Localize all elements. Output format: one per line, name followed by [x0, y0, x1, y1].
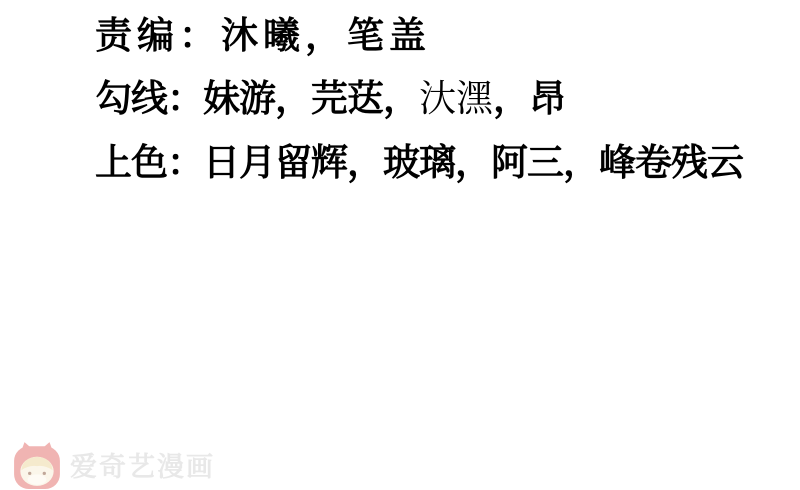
- iqiyi-comics-mascot-icon: [12, 439, 62, 489]
- credit-names-lineart-serif: 汏潶: [419, 79, 493, 120]
- watermark-brand-text: 爱奇艺漫画: [70, 445, 215, 484]
- credit-role-label-lineart: 勾线：: [95, 78, 203, 119]
- iqiyi-comics-watermark: 爱奇艺漫画: [12, 439, 215, 489]
- credit-role-label-coloring: 上色：: [95, 142, 203, 183]
- credit-line-editor: 责编：沐曦，笔盖: [95, 16, 743, 56]
- credit-line-coloring: 上色：日月留辉，玻璃，阿三，峰卷残云: [95, 143, 743, 183]
- credit-names-lineart-1: 妹游，芫荙，: [203, 78, 419, 119]
- credit-names-editor: 沐曦，笔盖: [221, 15, 431, 56]
- credit-names-coloring: 日月留辉，玻璃，阿三，峰卷残云: [203, 142, 743, 183]
- comic-credits-page: 责编：沐曦，笔盖 勾线：妹游，芫荙，汏潶，昂 上色：日月留辉，玻璃，阿三，峰卷残…: [0, 0, 800, 490]
- credit-role-label-editor: 责编：: [95, 15, 221, 56]
- credit-names-lineart-2: ，昂: [493, 78, 565, 119]
- credit-line-lineart: 勾线：妹游，芫荙，汏潶，昂: [95, 79, 743, 120]
- credits-block: 责编：沐曦，笔盖 勾线：妹游，芫荙，汏潶，昂 上色：日月留辉，玻璃，阿三，峰卷残…: [95, 16, 743, 206]
